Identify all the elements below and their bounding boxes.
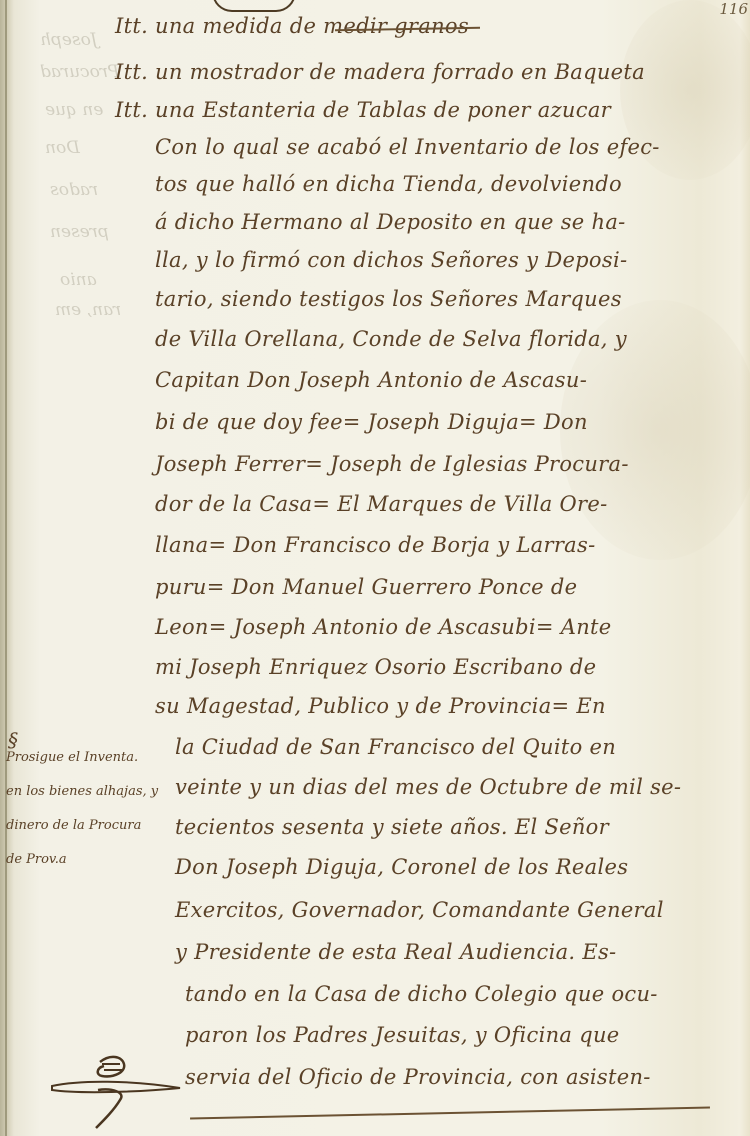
text-line: Con lo qual se acabó el Inventario de lo… — [155, 135, 660, 159]
text-line: bi de que doy fee= Joseph Diguja= Don — [155, 410, 588, 434]
text-line: llana= Don Francisco de Borja y Larras- — [155, 533, 595, 557]
text-line: y Presidente de esta Real Audiencia. Es- — [175, 940, 616, 964]
manuscript-page: Joseph Procurad en que Don rados presen … — [0, 0, 750, 1136]
text-line: lla, y lo firmó con dichos Señores y Dep… — [155, 248, 627, 272]
text-line: puru= Don Manuel Guerrero Ponce de — [155, 575, 577, 599]
text-line: mi Joseph Enriquez Osorio Escribano de — [155, 655, 596, 679]
text-line: Itt. una Estanteria de Tablas de poner a… — [115, 98, 611, 122]
text-line: Capitan Don Joseph Antonio de Ascasu- — [155, 368, 587, 392]
bleed-through-text: Don — [45, 138, 80, 158]
margin-note-line: en los bienes alhajas, y — [6, 784, 158, 799]
text-line: Itt. un mostrador de madera forrado en B… — [115, 60, 645, 84]
text-line: á dicho Hermano al Deposito en que se ha… — [155, 210, 626, 234]
bleed-through-text: rados — [50, 180, 98, 200]
text-line: Exercitos, Governador, Comandante Genera… — [175, 898, 664, 922]
text-line: servia del Oficio de Provincia, con asis… — [185, 1065, 651, 1089]
text-line: tecientos sesenta y siete años. El Señor — [175, 815, 609, 839]
folio-number: 116 — [719, 0, 748, 18]
margin-note-line: de Prov.a — [6, 852, 67, 867]
closing-rule — [190, 1107, 710, 1119]
text-line: tando en la Casa de dicho Colegio que oc… — [185, 982, 658, 1006]
text-line: Joseph Ferrer= Joseph de Iglesias Procur… — [155, 452, 629, 476]
text-line: dor de la Casa= El Marques de Villa Ore- — [155, 492, 608, 516]
bleed-through-text: presen — [50, 222, 109, 242]
text-line: paron los Padres Jesuitas, y Oficina que — [185, 1023, 620, 1047]
text-line: Itt. una medida de medir granos — [115, 14, 469, 38]
text-line: veinte y un dias del mes de Octubre de m… — [175, 775, 681, 799]
paragraph-mark: § — [8, 728, 18, 752]
text-line: Leon= Joseph Antonio de Ascasubi= Ante — [155, 615, 612, 639]
bleed-through-text: anio — [60, 270, 97, 290]
margin-note-line: Prosigue el Inventa. — [6, 750, 138, 765]
text-line: tario, siendo testigos los Señores Marqu… — [155, 287, 622, 311]
margin-note-line: dinero de la Procura — [6, 818, 141, 833]
rubric-signature-flourish — [40, 1050, 190, 1130]
top-flourish — [212, 0, 296, 12]
text-line: su Magestad, Publico y de Provincia= En — [155, 694, 606, 718]
bleed-through-text: en que — [45, 100, 103, 120]
text-line: la Ciudad de San Francisco del Quito en — [175, 735, 616, 759]
text-line: tos que halló en dicha Tienda, devolvien… — [155, 172, 622, 196]
text-line: de Villa Orellana, Conde de Selva florid… — [155, 327, 627, 351]
text-line: Don Joseph Diguja, Coronel de los Reales — [175, 855, 628, 879]
bleed-through-text: Procurad — [40, 62, 119, 82]
binding-edge — [5, 0, 7, 1136]
bleed-through-text: Joseph — [40, 30, 98, 50]
bleed-through-text: ran, em — [55, 300, 121, 320]
